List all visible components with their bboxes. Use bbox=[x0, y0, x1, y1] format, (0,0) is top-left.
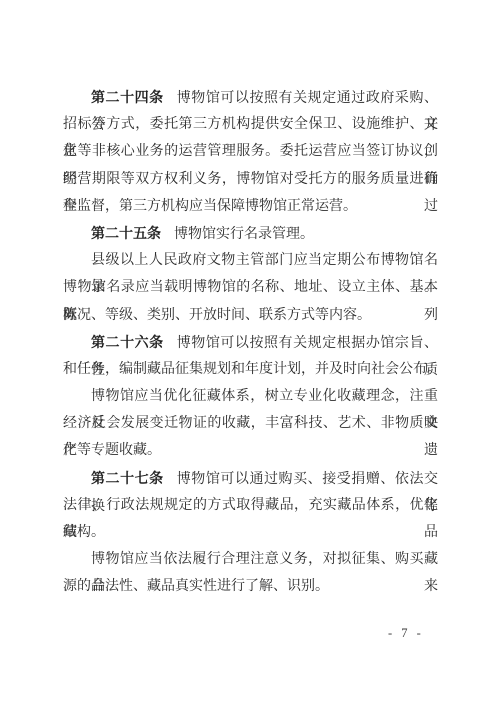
article-line: 第二十四条博物馆可以按照有关规定通过政府采购、公开 bbox=[63, 84, 438, 111]
text-line: 意等非核心业务的运营管理服务。委托运营应当签订协议，明确 bbox=[63, 138, 438, 165]
line-text: 概况、等级、类别、开放时间、联系方式等内容。 bbox=[63, 308, 371, 323]
article-line: 第二十五条博物馆实行名录管理。 bbox=[63, 220, 438, 247]
line-text: 源的合法性、藏品真实性进行了解、识别。 bbox=[63, 579, 329, 594]
text-line: 经营期限等双方权利义务，博物馆对受托方的服务质量进行全过 bbox=[63, 166, 438, 193]
document-page: 第二十四条博物馆可以按照有关规定通过政府采购、公开招标等方式，委托第三方机构提供… bbox=[0, 0, 500, 707]
text-line: 经济社会发展变迁物证的收藏，丰富科技、艺术、非物质文化遗 bbox=[63, 410, 438, 437]
article-number-heading: 第二十五条 bbox=[91, 225, 161, 241]
text-line: 博物馆名录应当载明博物馆的名称、地址、设立主体、基本陈列 bbox=[63, 274, 438, 301]
line-text: 法律、行政法规规定的方式取得藏品，充实藏品体系，优化藏品 bbox=[63, 498, 438, 540]
page-number: - 7 - bbox=[388, 626, 424, 641]
text-line: 县级以上人民政府文物主管部门应当定期公布博物馆名录。 bbox=[63, 247, 438, 274]
line-text: 和任务，编制藏品征集规划和年度计划，并及时向社会公布。 bbox=[63, 362, 441, 377]
document-text-block: 第二十四条博物馆可以按照有关规定通过政府采购、公开招标等方式，委托第三方机构提供… bbox=[63, 84, 438, 601]
line-text: 结构。 bbox=[63, 525, 105, 540]
article-number-heading: 第二十七条 bbox=[91, 470, 164, 486]
article-line: 第二十六条博物馆可以按照有关规定根据办馆宗旨、性质 bbox=[63, 329, 438, 356]
text-line: 法律、行政法规规定的方式取得藏品，充实藏品体系，优化藏品 bbox=[63, 492, 438, 519]
article-number-heading: 第二十四条 bbox=[91, 89, 164, 105]
article-number-heading: 第二十六条 bbox=[91, 334, 164, 350]
article-line: 第二十七条博物馆可以通过购买、接受捐赠、依法交换等 bbox=[63, 465, 438, 492]
text-line: 招标等方式，委托第三方机构提供安全保卫、设施维护、文化创 bbox=[63, 111, 438, 138]
line-text: 程监督，第三方机构应当保障博物馆正常运营。 bbox=[63, 199, 357, 214]
text-line: 博物馆应当依法履行合理注意义务，对拟征集、购买藏品来 bbox=[63, 546, 438, 573]
line-text: 产等专题收藏。 bbox=[63, 443, 161, 458]
text-line: 和任务，编制藏品征集规划和年度计划，并及时向社会公布。 bbox=[63, 356, 438, 383]
text-line: 博物馆应当优化征藏体系，树立专业化收藏理念，注重反映 bbox=[63, 383, 438, 410]
line-text: 博物馆实行名录管理。 bbox=[174, 227, 314, 242]
